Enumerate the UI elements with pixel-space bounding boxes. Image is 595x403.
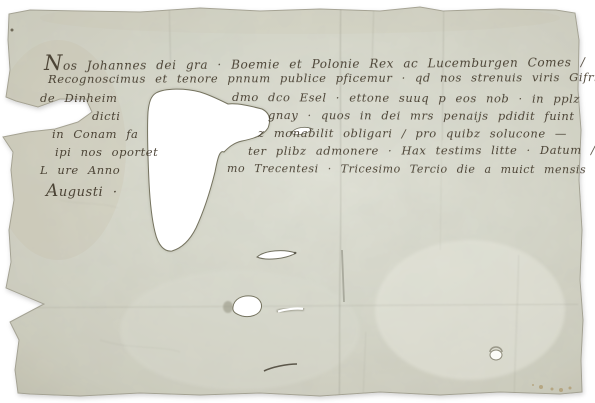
brown-stain xyxy=(569,387,572,390)
charter-line-4-right: gnay · quos in dei mrs penaijs pdidit fu… xyxy=(268,108,575,123)
charter-line-8: Augusti · xyxy=(46,181,118,201)
tan-strip-top xyxy=(40,2,560,34)
light-patch-right xyxy=(375,240,565,380)
brown-stain xyxy=(532,384,534,386)
charter-line-7-left: L ure Anno xyxy=(40,163,120,177)
charter-line-2: Recognoscimus et tenore pnnum publice pf… xyxy=(48,70,595,86)
charter-line-4-left: dicti xyxy=(92,109,121,123)
charter-line-5-right: z monabilit obligari / pro quibz solucon… xyxy=(258,126,567,141)
charter-line-6-left: ipi nos oportet xyxy=(55,145,158,159)
charter-line-7-right: mo Trecentesi · Tricesimo Tercio die a m… xyxy=(227,162,586,176)
photo-of-parchment-charter: Nos Johannes dei gra · Boemie et Polonie… xyxy=(0,0,595,403)
light-patch-bottom xyxy=(120,270,360,390)
brown-stain xyxy=(539,385,543,389)
hole-shadow xyxy=(223,301,233,313)
brown-stain xyxy=(559,388,563,392)
charter-line-6-right: ter plibz admonere · Hax testims litte ·… xyxy=(248,143,595,158)
shiny-small-hole xyxy=(490,350,502,360)
pear-shaped-hole xyxy=(233,296,262,317)
brown-stain-right-edge xyxy=(582,298,586,302)
charter-line-5-left: in Conam fa xyxy=(52,127,138,141)
charter-line-3-right: dmo dco Esel · ettone suuq p eos nob · i… xyxy=(232,90,580,106)
ink-speck xyxy=(11,29,14,32)
charter-line-3-left: de Dinheim xyxy=(40,91,117,105)
brown-stain xyxy=(551,388,554,391)
tear-dark-tip xyxy=(294,252,296,254)
